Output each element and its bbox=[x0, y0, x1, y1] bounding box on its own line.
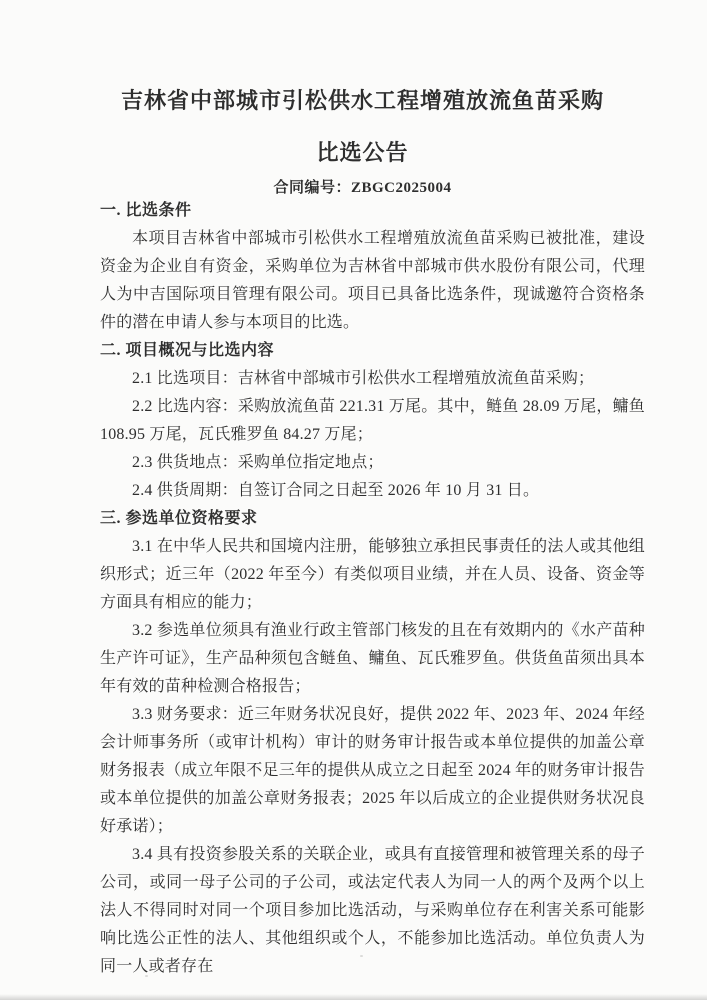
document-section: 三. 参选单位资格要求3.1 在中华人民共和国境内注册，能够独立承担民事责任的法… bbox=[100, 505, 645, 981]
document-section: 一. 比选条件本项目吉林省中部城市引松供水工程增殖放流鱼苗采购已被批准，建设资金… bbox=[100, 197, 645, 337]
document-header: 吉林省中部城市引松供水工程增殖放流鱼苗采购 比选公告 合同编号：ZBGC2025… bbox=[90, 75, 635, 197]
section-paragraph: 2.3 供货地点：采购单位指定地点； bbox=[100, 449, 645, 477]
scanned-document: { "colors": { "ink": "#2e2e2e", "paper":… bbox=[0, 0, 707, 1000]
section-heading: 二. 项目概况与比选内容 bbox=[100, 337, 645, 365]
document-page: 吉林省中部城市引松供水工程增殖放流鱼苗采购 比选公告 合同编号：ZBGC2025… bbox=[0, 0, 707, 1000]
section-paragraph: 2.1 比选项目：吉林省中部城市引松供水工程增殖放流鱼苗采购； bbox=[100, 365, 645, 393]
document-body: 一. 比选条件本项目吉林省中部城市引松供水工程增殖放流鱼苗采购已被批准，建设资金… bbox=[100, 197, 645, 981]
document-title-line2: 比选公告 bbox=[90, 127, 635, 179]
section-paragraph: 2.2 比选内容：采购放流鱼苗 221.31 万尾。其中，鲢鱼 28.09 万尾… bbox=[100, 393, 645, 449]
section-paragraph: 3.3 财务要求：近三年财务状况良好，提供 2022 年、2023 年、2024… bbox=[100, 701, 645, 841]
section-paragraph: 3.1 在中华人民共和国境内注册，能够独立承担民事责任的法人或其他组织形式；近三… bbox=[100, 533, 645, 617]
section-paragraph: 3.4 具有投资参股关系的关联企业，或具有直接管理和被管理关系的母子公司，或同一… bbox=[100, 841, 645, 981]
contract-number: 合同编号：ZBGC2025004 bbox=[90, 179, 635, 197]
document-section: 二. 项目概况与比选内容2.1 比选项目：吉林省中部城市引松供水工程增殖放流鱼苗… bbox=[100, 337, 645, 505]
section-paragraph: 本项目吉林省中部城市引松供水工程增殖放流鱼苗采购已被批准，建设资金为企业自有资金… bbox=[100, 225, 645, 337]
section-heading: 一. 比选条件 bbox=[100, 197, 645, 225]
section-paragraph: 3.2 参选单位须具有渔业行政主管部门核发的且在有效期内的《水产苗种生产许可证》… bbox=[100, 617, 645, 701]
document-title-line1: 吉林省中部城市引松供水工程增殖放流鱼苗采购 bbox=[90, 75, 635, 127]
section-paragraph: 2.4 供货周期：自签订合同之日起至 2026 年 10 月 31 日。 bbox=[100, 477, 645, 505]
section-heading: 三. 参选单位资格要求 bbox=[100, 505, 645, 533]
